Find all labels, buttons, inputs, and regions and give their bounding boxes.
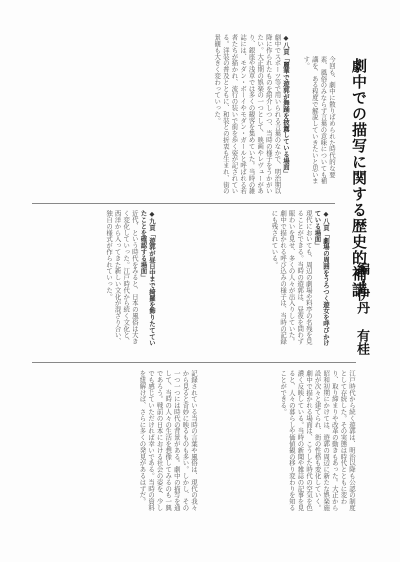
byline: 編・伊丹 有桂 — [352, 262, 371, 355]
section-1-heading: ◆八頁「麗華で遊郭が舞踊を披露している場面」 — [281, 34, 290, 194]
section-1-body: 劇中でスポーツ等で用いられる言葉のなかで、明治期以降に作られたものを紹介しつつ、… — [213, 34, 282, 194]
section-3: ◆九頁「遊郭が昼日中まで綺羅を飾りたてていたことを確認する場面」 近代、という時… — [30, 210, 156, 346]
section-1: ◆八頁「麗華で遊郭が舞踊を披露している場面」 劇中でスポーツ等で用いられる言葉の… — [28, 34, 290, 194]
section-5: 記録されている当時の言葉や風俗は、現代の我々から見ると奇妙に映るものも多い。しか… — [64, 370, 198, 516]
intro-text: 今回も、劇中に散りばめられた時代的な要素、風俗のみならず言葉の意味についても補講… — [292, 56, 336, 186]
section-2-body: 現代においても、周辺の劇場や料亭の名残を見ることができる。当時の遊郭は、昼夜を問… — [270, 210, 313, 346]
section-4-body: 江戸時代から続く遊郭は、明治以降も公認の制度として存続した。その実態は時代ととも… — [279, 370, 356, 516]
section-3-heading: ◆九頁「遊郭が昼日中まで綺羅を飾りたてていたことを確認する場面」 — [139, 210, 156, 346]
section-2: ◆八頁「劇場の周囲をうろつく遊女を呼びかけている場面」 現代においても、周辺の劇… — [160, 210, 330, 346]
divider-2 — [32, 362, 356, 363]
section-3-body: 近代、という時代をみると、日本の風俗は大きく変化していった。江戸時代から続く文化… — [104, 210, 138, 346]
divider-1 — [32, 203, 335, 204]
section-2-heading: ◆八頁「劇場の周囲をうろつく遊女を呼びかけている場面」 — [313, 210, 330, 346]
section-4: 江戸時代から続く遊郭は、明治以降も公認の制度として存続した。その実態は時代ととも… — [200, 370, 356, 516]
section-5-body: 記録されている当時の言葉や風俗は、現代の我々から見ると奇妙に映るものも多い。しか… — [138, 370, 198, 516]
